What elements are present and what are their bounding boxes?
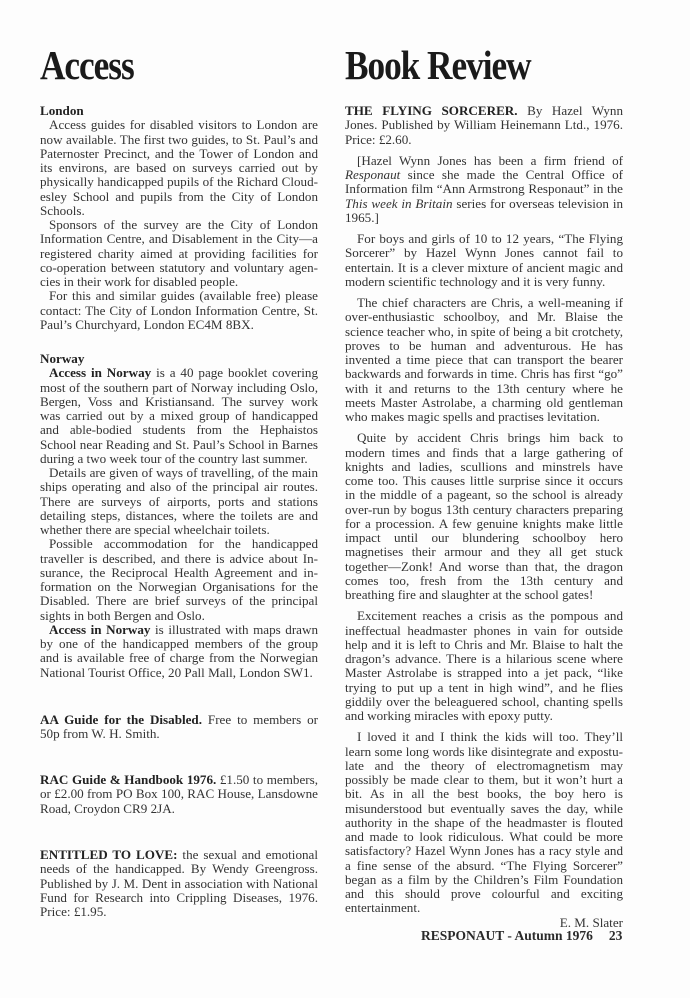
review-paragraph-2: The chief characters are Chris, a well-m…	[345, 296, 623, 424]
access-body: London Access guides for disabled visito…	[40, 104, 318, 680]
norway-subhead: Norway	[40, 352, 318, 366]
review-paragraph-1: For boys and girls of 10 to 12 years, “T…	[345, 232, 623, 289]
london-paragraph-2: Sponsors of the survey are the City of L…	[40, 218, 318, 289]
rac-guide-title: RAC Guide & Handbook 1976.	[40, 772, 216, 787]
review-paragraph-5: I loved it and I think the kids will too…	[345, 730, 623, 915]
aa-guide-entry: AA Guide for the Disabled. Free to membe…	[40, 713, 318, 742]
london-section: London Access guides for disabled visito…	[40, 104, 318, 332]
london-subhead: London	[40, 104, 318, 118]
aa-guide-title: AA Guide for the Disabled.	[40, 712, 202, 727]
series-name: This week in Britain	[345, 196, 453, 211]
norway-section: Norway Access in Norway is a 40 page boo…	[40, 352, 318, 680]
book-review-body: THE FLYING SORCERER. By Hazel Wynn Jones…	[345, 104, 623, 930]
norway-paragraph-3: Possible accommodation for the handicapp…	[40, 537, 318, 623]
norway-paragraph-1-text: is a 40 page booklet covering most of th…	[40, 365, 318, 466]
page-number: 23	[609, 928, 623, 943]
norway-paragraph-1: Access in Norway is a 40 page booklet co…	[40, 366, 318, 466]
entitled-title: ENTITLED TO LOVE:	[40, 847, 177, 862]
book-title: THE FLYING SORCERER.	[345, 103, 518, 118]
publication-name: RESPONAUT - Autumn 1976	[421, 928, 593, 943]
london-paragraph-3: For this and similar guides (available f…	[40, 289, 318, 332]
magazine-name: Responaut	[345, 167, 400, 182]
london-paragraph-1: Access guides for disabled visitors to L…	[40, 118, 318, 218]
entitled-to-love-entry: ENTITLED TO LOVE: the sexual and emotion…	[40, 848, 318, 919]
booklet-title: Access in Norway	[49, 365, 151, 380]
page-footer: RESPONAUT - Autumn 197623	[421, 928, 622, 944]
access-heading: Access	[40, 43, 134, 87]
intro-text-a: [Hazel Wynn Jones has been a firm friend…	[357, 153, 623, 168]
review-paragraph-4: Excitement reaches a crisis as the pompo…	[345, 609, 623, 723]
review-intro-note: [Hazel Wynn Jones has been a firm friend…	[345, 154, 623, 225]
rac-guide-entry: RAC Guide & Handbook 1976. £1.50 to memb…	[40, 773, 318, 816]
book-citation: THE FLYING SORCERER. By Hazel Wynn Jones…	[345, 104, 623, 147]
review-paragraph-3: Quite by accident Chris brings him back …	[345, 431, 623, 602]
booklet-title: Access in Norway	[49, 622, 150, 637]
norway-paragraph-4: Access in Norway is illustrated with map…	[40, 623, 318, 680]
book-review-heading: Book Review	[345, 43, 531, 87]
norway-paragraph-2: Details are given of ways of travelling,…	[40, 466, 318, 537]
